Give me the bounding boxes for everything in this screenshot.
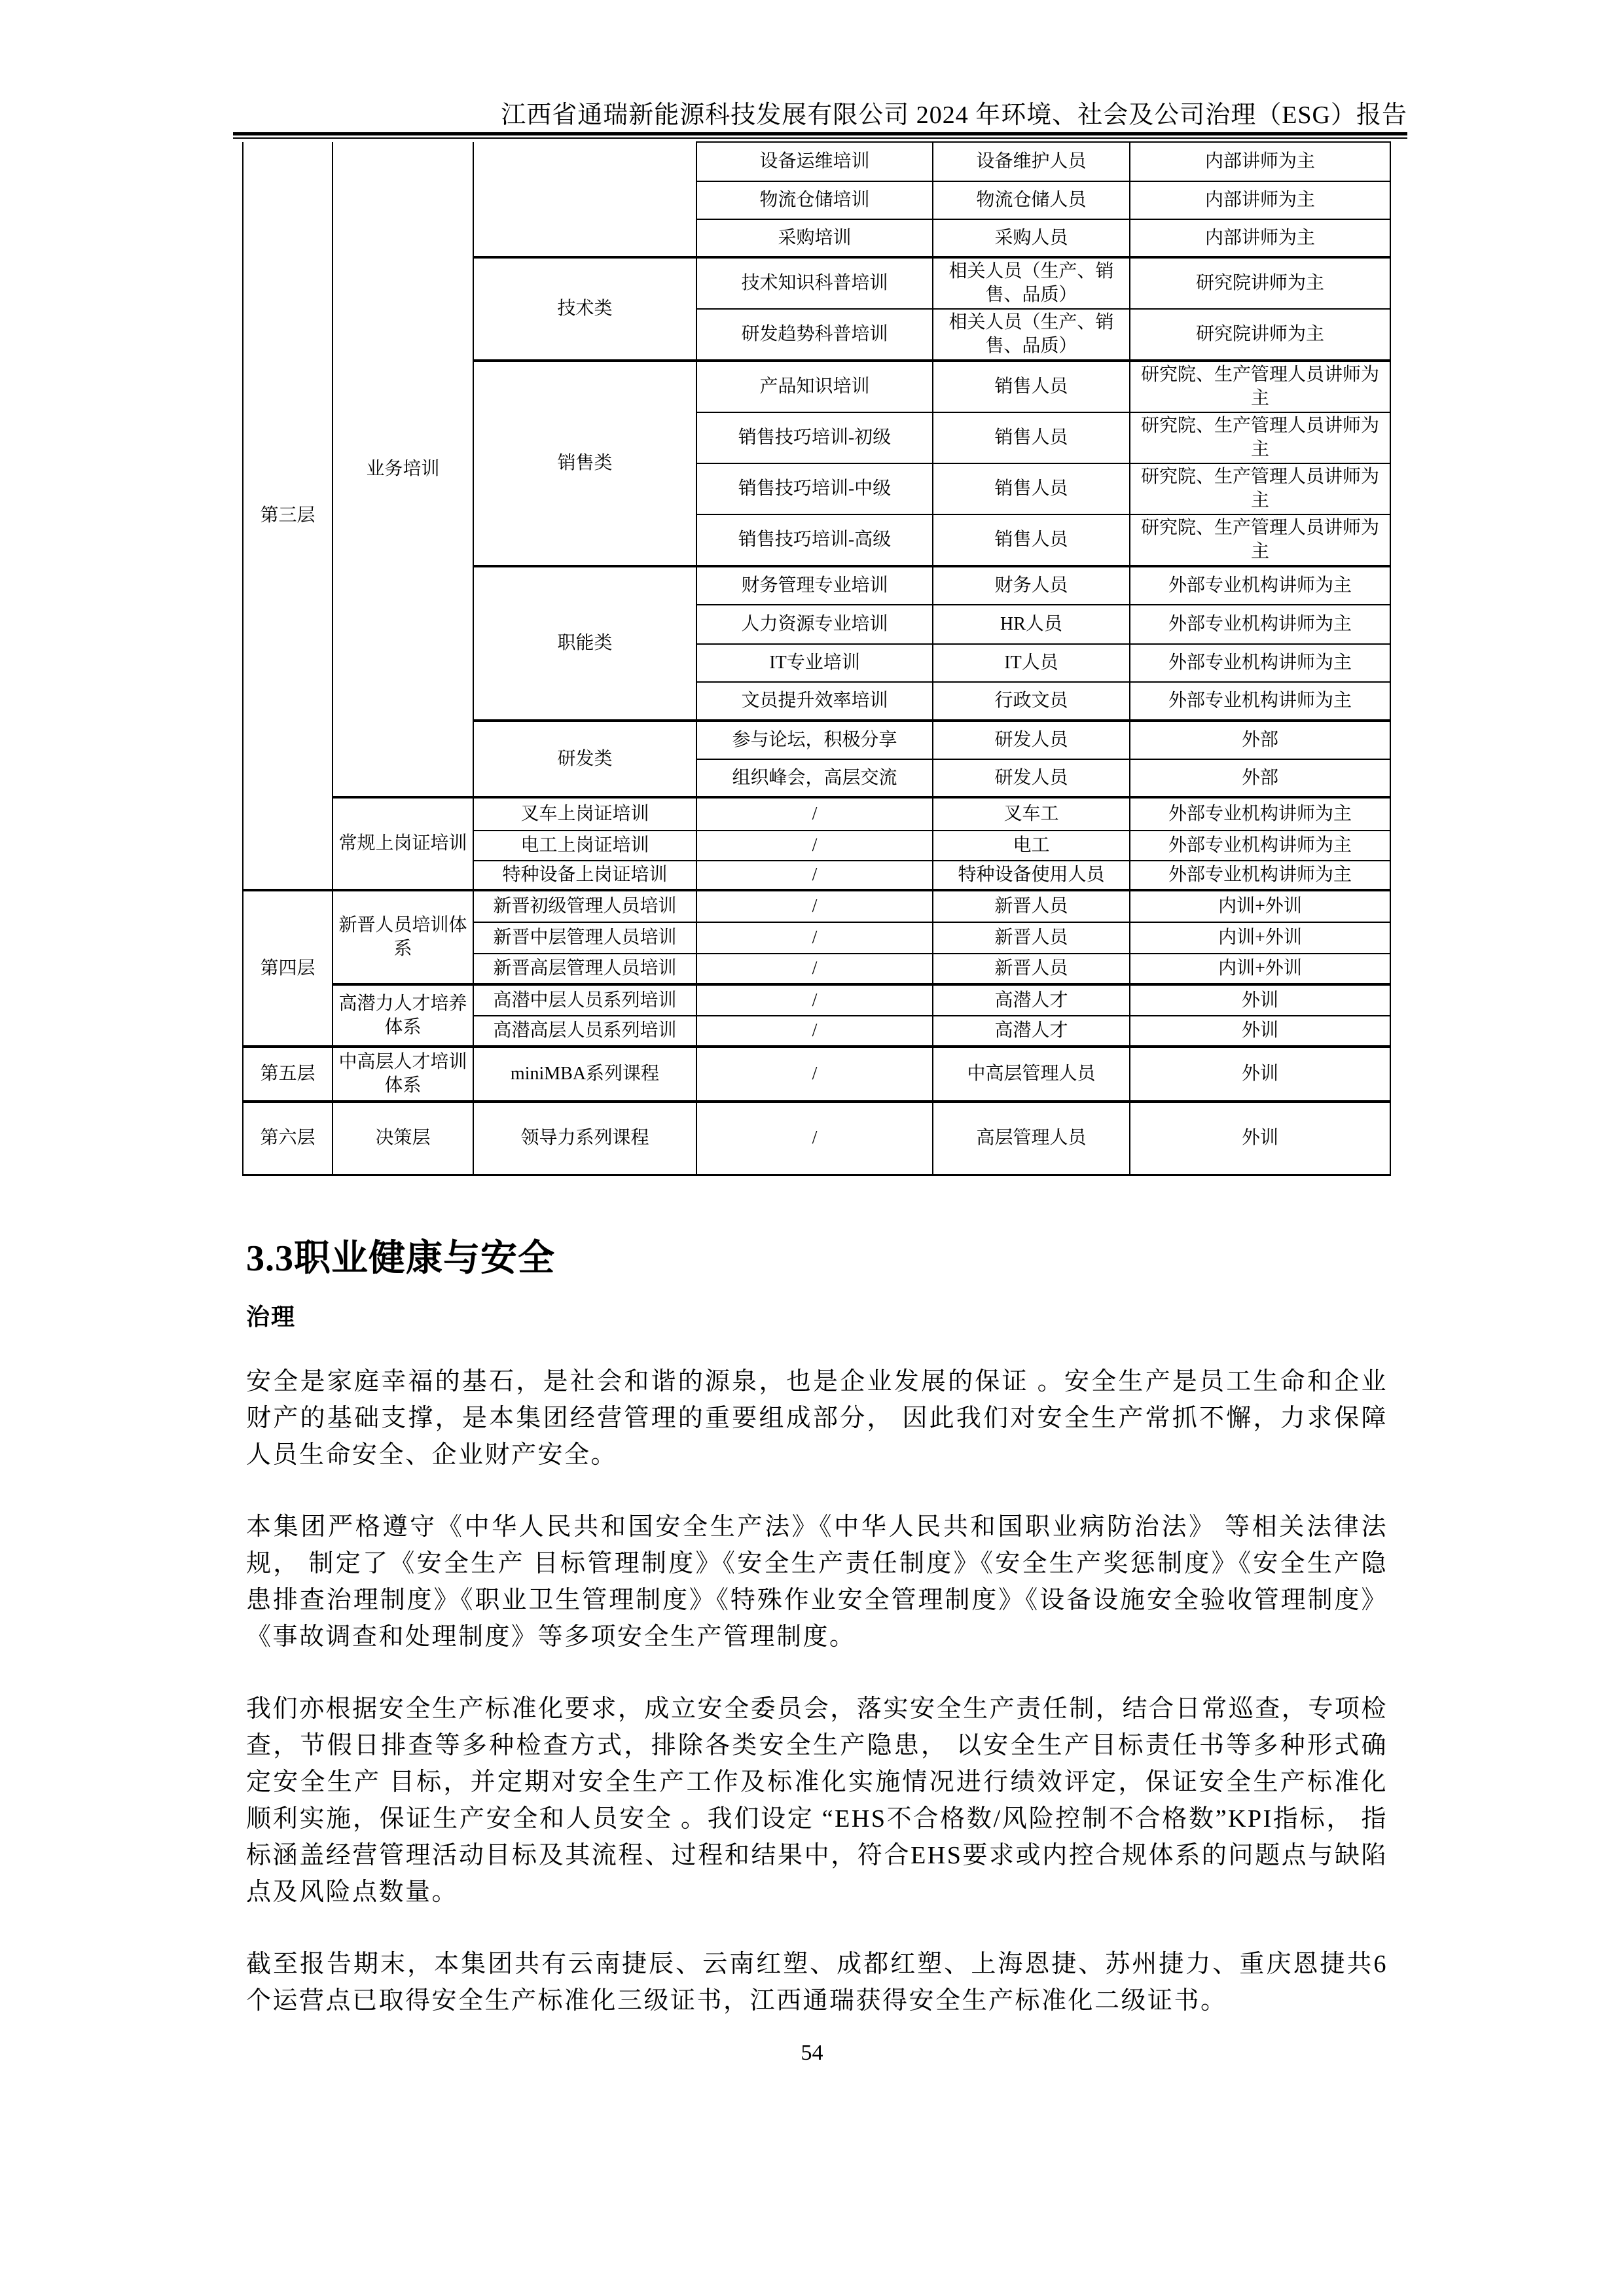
table-cell: 销售技巧培训-初级 bbox=[696, 412, 933, 463]
table-cell: 叉车工 bbox=[933, 797, 1130, 831]
table-cell: 内部讲师为主 bbox=[1130, 142, 1390, 181]
table-cell: 特种设备使用人员 bbox=[933, 861, 1130, 890]
table-row: 常规上岗证培训叉车上岗证培训/叉车工外部专业机构讲师为主 bbox=[243, 797, 1390, 831]
table-cell: 相关人员（生产、销售、品质） bbox=[933, 257, 1130, 309]
table-cell: 研发类 bbox=[473, 721, 696, 797]
table-cell: 高层管理人员 bbox=[933, 1102, 1130, 1175]
table-cell: 内部讲师为主 bbox=[1130, 181, 1390, 219]
table-cell: 行政文员 bbox=[933, 682, 1130, 721]
table-row: 高潜力人才培养体系高潜中层人员系列培训/高潜人才外训 bbox=[243, 984, 1390, 1016]
table-cell: 特种设备上岗证培训 bbox=[473, 861, 696, 890]
table-cell: 领导力系列课程 bbox=[473, 1102, 696, 1175]
subsection-heading: 治理 bbox=[246, 1299, 296, 1332]
table-cell: 研究院、生产管理人员讲师为主 bbox=[1130, 361, 1390, 412]
table-cell: 销售人员 bbox=[933, 412, 1130, 463]
table-cell: 研究院讲师为主 bbox=[1130, 257, 1390, 309]
table-cell: 中高层人才培训体系 bbox=[333, 1047, 473, 1102]
section-heading: 3.3职业健康与安全 bbox=[246, 1229, 555, 1282]
table-cell: 销售技巧培训-高级 bbox=[696, 514, 933, 566]
table-cell: / bbox=[696, 1047, 933, 1102]
table-cell: 物流仓储培训 bbox=[696, 181, 933, 219]
table-cell: 设备维护人员 bbox=[933, 142, 1130, 181]
table-cell: 第四层 bbox=[243, 890, 333, 1047]
table-cell: / bbox=[696, 890, 933, 922]
table-cell: 外部 bbox=[1130, 759, 1390, 797]
table-cell: 外部专业机构讲师为主 bbox=[1130, 566, 1390, 605]
table-cell: 财务管理专业培训 bbox=[696, 566, 933, 605]
table-cell: 新晋中层管理人员培训 bbox=[473, 922, 696, 954]
table-cell: 研究院、生产管理人员讲师为主 bbox=[1130, 463, 1390, 514]
table-cell: 第五层 bbox=[243, 1047, 333, 1102]
paragraph: 安全是家庭幸福的基石，是社会和谐的源泉，也是企业发展的保证 。安全生产是员工生命… bbox=[246, 1363, 1388, 1473]
table-cell: 第六层 bbox=[243, 1102, 333, 1175]
table-cell: 外训 bbox=[1130, 1016, 1390, 1047]
table-cell: 内训+外训 bbox=[1130, 922, 1390, 954]
table-cell: 技术类 bbox=[473, 257, 696, 361]
table-cell: 第三层 bbox=[243, 142, 333, 890]
table-cell: 采购培训 bbox=[696, 219, 933, 257]
table-cell: 研究院、生产管理人员讲师为主 bbox=[1130, 412, 1390, 463]
table-cell: 销售类 bbox=[473, 361, 696, 566]
table-cell: / bbox=[696, 984, 933, 1016]
table-row: 第四层新晋人员培训体系新晋初级管理人员培训/新晋人员内训+外训 bbox=[243, 890, 1390, 922]
table-cell: 决策层 bbox=[333, 1102, 473, 1175]
table-cell: 常规上岗证培训 bbox=[333, 797, 473, 890]
table-row: 第五层中高层人才培训体系miniMBA系列课程/中高层管理人员外训 bbox=[243, 1047, 1390, 1102]
table-cell: 物流仓储人员 bbox=[933, 181, 1130, 219]
table-cell: 相关人员（生产、销售、品质） bbox=[933, 309, 1130, 361]
table-cell: 内训+外训 bbox=[1130, 954, 1390, 984]
table-cell: 业务培训 bbox=[333, 142, 473, 797]
table-cell: 销售人员 bbox=[933, 463, 1130, 514]
table-cell: 研发人员 bbox=[933, 721, 1130, 759]
table-cell: 研究院讲师为主 bbox=[1130, 309, 1390, 361]
table-cell: 产品知识培训 bbox=[696, 361, 933, 412]
table-cell: 高潜人才 bbox=[933, 984, 1130, 1016]
table-cell: 采购人员 bbox=[933, 219, 1130, 257]
table-cell: 中高层管理人员 bbox=[933, 1047, 1130, 1102]
paragraph: 我们亦根据安全生产标准化要求，成立安全委员会，落实安全生产责任制，结合日常巡查，… bbox=[246, 1691, 1388, 1910]
table-row: 第六层决策层领导力系列课程/高层管理人员外训 bbox=[243, 1102, 1390, 1175]
report-header-title: 江西省通瑞新能源科技发展有限公司 2024 年环境、社会及公司治理（ESG）报告 bbox=[501, 99, 1407, 131]
table-cell: / bbox=[696, 922, 933, 954]
table-cell: 新晋人员 bbox=[933, 922, 1130, 954]
table-cell: 电工 bbox=[933, 831, 1130, 861]
table-cell: 研究院、生产管理人员讲师为主 bbox=[1130, 514, 1390, 566]
page-number: 54 bbox=[0, 2041, 1624, 2066]
table-cell: / bbox=[696, 1102, 933, 1175]
table-cell: IT专业培训 bbox=[696, 644, 933, 682]
table-cell: 新晋人员 bbox=[933, 954, 1130, 984]
table-cell: 外训 bbox=[1130, 1047, 1390, 1102]
table-cell: 研发人员 bbox=[933, 759, 1130, 797]
table-cell: 外部专业机构讲师为主 bbox=[1130, 797, 1390, 831]
table-cell: 财务人员 bbox=[933, 566, 1130, 605]
table-cell: 销售人员 bbox=[933, 361, 1130, 412]
table-cell: 外部专业机构讲师为主 bbox=[1130, 682, 1390, 721]
table-body: 第三层业务培训设备运维培训设备维护人员内部讲师为主物流仓储培训物流仓储人员内部讲… bbox=[243, 142, 1390, 1175]
table-cell: 职能类 bbox=[473, 566, 696, 721]
table-cell: miniMBA系列课程 bbox=[473, 1047, 696, 1102]
table-cell: 参与论坛，积极分享 bbox=[696, 721, 933, 759]
table-cell: 高潜高层人员系列培训 bbox=[473, 1016, 696, 1047]
table-cell: / bbox=[696, 1016, 933, 1047]
table-cell bbox=[473, 142, 696, 257]
paragraph: 截至报告期末，本集团共有云南捷辰、云南红塑、成都红塑、上海恩捷、苏州捷力、重庆恩… bbox=[246, 1946, 1388, 2019]
table-cell: 研发趋势科普培训 bbox=[696, 309, 933, 361]
table-cell: 组织峰会，高层交流 bbox=[696, 759, 933, 797]
table-cell: 外训 bbox=[1130, 1102, 1390, 1175]
table-cell: 文员提升效率培训 bbox=[696, 682, 933, 721]
table-cell: / bbox=[696, 831, 933, 861]
header-rule bbox=[233, 132, 1407, 139]
table-cell: 销售人员 bbox=[933, 514, 1130, 566]
section-body: 安全是家庭幸福的基石，是社会和谐的源泉，也是企业发展的保证 。安全生产是员工生命… bbox=[246, 1363, 1388, 2054]
paragraph: 本集团严格遵守《中华人民共和国安全生产法》《中华人民共和国职业病防治法》 等相关… bbox=[246, 1509, 1388, 1655]
table-cell: 外部 bbox=[1130, 721, 1390, 759]
table-cell: 外训 bbox=[1130, 984, 1390, 1016]
table-cell: 外部专业机构讲师为主 bbox=[1130, 605, 1390, 644]
table-cell: HR人员 bbox=[933, 605, 1130, 644]
table-cell: 技术知识科普培训 bbox=[696, 257, 933, 309]
table-cell: 内部讲师为主 bbox=[1130, 219, 1390, 257]
table-cell: 叉车上岗证培训 bbox=[473, 797, 696, 831]
table-cell: 销售技巧培训-中级 bbox=[696, 463, 933, 514]
table-cell: 高潜人才 bbox=[933, 1016, 1130, 1047]
table-cell: 人力资源专业培训 bbox=[696, 605, 933, 644]
table-cell: 高潜中层人员系列培训 bbox=[473, 984, 696, 1016]
document-page: 江西省通瑞新能源科技发展有限公司 2024 年环境、社会及公司治理（ESG）报告… bbox=[0, 0, 1624, 2296]
table-cell: 高潜力人才培养体系 bbox=[333, 984, 473, 1047]
table-cell: 新晋高层管理人员培训 bbox=[473, 954, 696, 984]
table-cell: 外部专业机构讲师为主 bbox=[1130, 831, 1390, 861]
table-cell: 内训+外训 bbox=[1130, 890, 1390, 922]
table-cell: 新晋初级管理人员培训 bbox=[473, 890, 696, 922]
training-system-table: 第三层业务培训设备运维培训设备维护人员内部讲师为主物流仓储培训物流仓储人员内部讲… bbox=[242, 141, 1391, 1176]
table-row: 第三层业务培训设备运维培训设备维护人员内部讲师为主 bbox=[243, 142, 1390, 181]
table-cell: / bbox=[696, 797, 933, 831]
table-cell: 外部专业机构讲师为主 bbox=[1130, 644, 1390, 682]
table-cell: / bbox=[696, 954, 933, 984]
table-cell: IT人员 bbox=[933, 644, 1130, 682]
table-cell: / bbox=[696, 861, 933, 890]
table-cell: 新晋人员培训体系 bbox=[333, 890, 473, 984]
table-cell: 新晋人员 bbox=[933, 890, 1130, 922]
table-cell: 设备运维培训 bbox=[696, 142, 933, 181]
table-cell: 外部专业机构讲师为主 bbox=[1130, 861, 1390, 890]
table-cell: 电工上岗证培训 bbox=[473, 831, 696, 861]
